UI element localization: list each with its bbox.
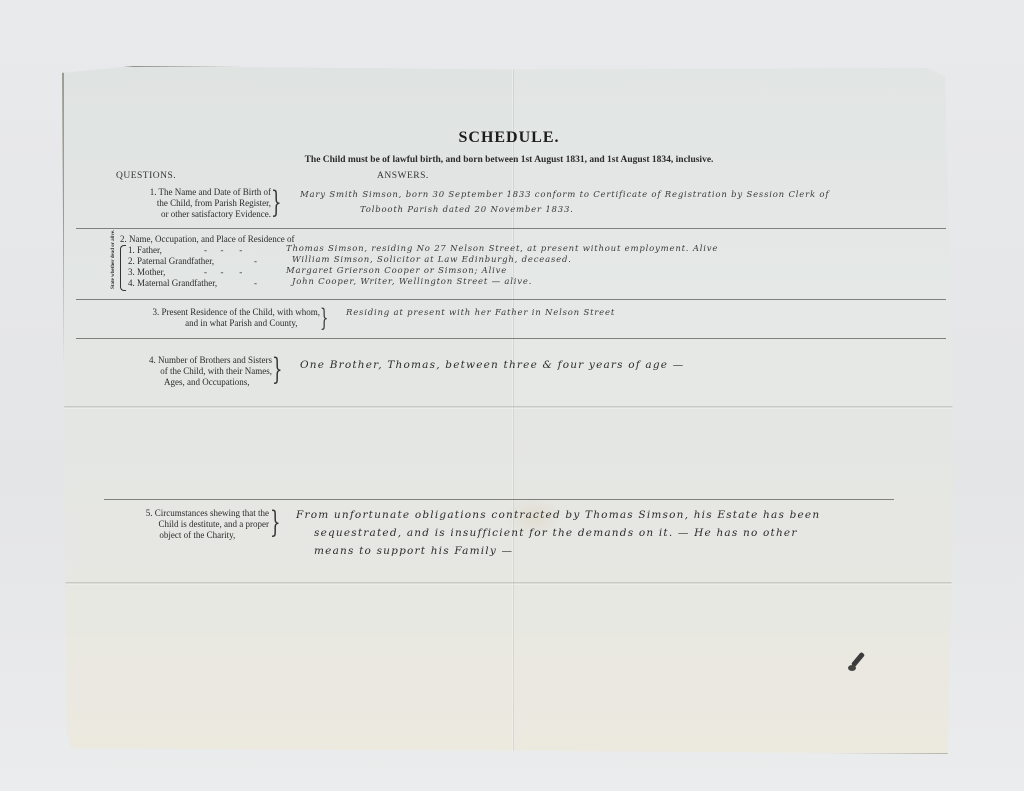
answers-header: ANSWERS. — [377, 171, 429, 181]
question-1: 1. The Name and Date of Birth of the Chi… — [84, 187, 271, 220]
section-divider — [104, 499, 894, 500]
brace-icon: } — [272, 355, 283, 385]
answer-2-maternal-grandfather: John Cooper, Writer, Wellington Street —… — [292, 276, 532, 289]
section-divider — [76, 228, 946, 229]
horizontal-fold — [64, 406, 954, 409]
brace-icon: } — [320, 303, 328, 333]
leader-dashes: - — [254, 256, 257, 266]
vertical-fold — [512, 67, 514, 753]
answer-4: One Brother, Thomas, between three & fou… — [300, 357, 684, 373]
answer-5-line-2: sequestrated, and is insufficient for th… — [314, 525, 798, 541]
leader-dashes: - - - — [204, 245, 242, 255]
question-3: 3. Present Residence of the Child, with … — [84, 307, 320, 329]
brace-icon: } — [270, 508, 281, 538]
section-divider — [76, 299, 946, 300]
brace-icon: } — [271, 188, 282, 218]
paper-panel — [514, 67, 954, 407]
answer-1-line-2: Tolbooth Parish dated 20 November 1833. — [360, 204, 574, 217]
answer-5-line-1: From unfortunate obligations contracted … — [296, 507, 820, 523]
sub-item-father: 1. Father, — [128, 245, 162, 255]
horizontal-fold — [64, 582, 954, 585]
question-5: 5. Circumstances shewing that the Child … — [84, 508, 269, 541]
bracket-icon — [120, 245, 126, 291]
answer-1-line-1: Mary Smith Simson, born 30 September 183… — [300, 189, 829, 202]
sub-item-paternal-grandfather: 2. Paternal Grandfather, — [128, 256, 214, 266]
leader-dashes: - - - — [204, 267, 242, 277]
side-note-dead-or-alive: State whether dead or alive. — [111, 230, 116, 289]
leader-dashes: - — [254, 278, 257, 288]
document-title: SCHEDULE. — [64, 129, 954, 147]
question-4: 4. Number of Brothers and Sisters of the… — [84, 355, 272, 388]
sub-item-maternal-grandfather: 4. Maternal Grandfather, — [128, 278, 217, 288]
sub-item-mother: 3. Mother, — [128, 267, 165, 277]
answer-3: Residing at present with her Father in N… — [346, 307, 615, 320]
section-divider — [76, 338, 946, 339]
answer-5-line-3: means to support his Family — — [314, 543, 513, 559]
schedule-document: SCHEDULE. The Child must be of lawful bi… — [62, 66, 954, 754]
document-subtitle: The Child must be of lawful birth, and b… — [64, 155, 954, 165]
ink-blot — [848, 665, 856, 671]
question-2: 2. Name, Occupation, and Place of Reside… — [120, 234, 294, 245]
questions-header: QUESTIONS. — [116, 171, 176, 181]
